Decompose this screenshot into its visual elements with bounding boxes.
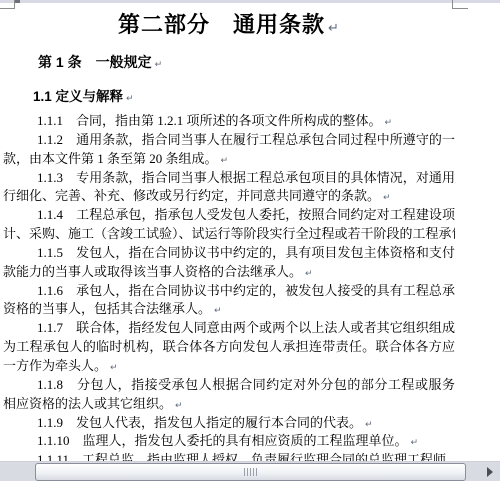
document-line: 1.1.7 联合体，指经发包人同意由两个或两个以上法人或者其它组织组成的，作: [3, 319, 455, 338]
document-line: 款，由本文件第 1 条至第 20 条组成。↵: [3, 150, 455, 169]
margin-crop-mark-top-left: [14, 0, 15, 8]
document-line: 行细化、完善、补充、修改或另行约定，并同意共同遵守的条款。↵: [3, 187, 455, 206]
document-line: 一方作为牵头人。↵: [3, 357, 455, 376]
line-text: 为工程承包人的临时机构，联合体各方向发包人承担连带责任。联合体各方应指定其中: [3, 339, 455, 357]
paragraph-mark-icon: ↵: [305, 269, 313, 279]
sub-heading: 1.1 定义与解释↵: [33, 85, 134, 105]
document-line: 资格的当事人，包括其合法继承人。↵: [3, 300, 455, 319]
paragraph-mark-icon: ↵: [175, 401, 183, 411]
document-body: 1.1.1 合同，指由第 1.2.1 项所述的各项文件所构成的整体。↵1.1.2…: [3, 112, 455, 470]
paragraph-mark-icon: ↵: [385, 118, 393, 128]
scroll-right-button[interactable]: [481, 462, 499, 481]
paragraph-mark-icon: ↵: [155, 60, 163, 70]
margin-crop-mark-top-right: [452, 0, 453, 8]
top-edge-strip: [0, 0, 500, 3]
word-document-view: 第二部分 通用条款↵ 第 1 条 一般规定↵ 1.1 定义与解释↵ 1.1.1 …: [0, 0, 500, 481]
paragraph-mark-icon: ↵: [110, 363, 118, 373]
line-text: 1.1.9 发包人代表，指发包人指定的履行本合同的代表。: [37, 415, 362, 430]
document-line: 1.1.9 发包人代表，指发包人指定的履行本合同的代表。↵: [3, 414, 455, 433]
document-line: 计、采购、施工（含竣工试验）、试运行等阶段实行全过程或若干阶段的工程承包。↵: [3, 225, 455, 244]
document-line: 1.1.5 发包人，指在合同协议书中约定的，具有项目发包主体资格和支付工程价: [3, 244, 455, 263]
scrollbar-thumb[interactable]: [35, 463, 466, 481]
line-text: 1.1.6 承包人，指在合同协议书中约定的，被发包人接受的具有工程总承包主体: [37, 283, 455, 301]
document-line: 1.1.8 分包人，指接受承包人根据合同约定对外分包的部分工程或服务的，具有: [3, 376, 455, 395]
line-text: 1.1.10 监理人，指发包人委托的具有相应资质的工程监理单位。: [37, 433, 408, 448]
line-text: 一方作为牵头人。: [3, 358, 107, 373]
document-line: 1.1.6 承包人，指在合同协议书中约定的，被发包人接受的具有工程总承包主体: [3, 282, 455, 301]
document-title-text: 第二部分 通用条款: [118, 12, 325, 37]
line-text: 1.1.2 通用条款，指合同当事人在履行工程总承包合同过程中所遵守的一般性条: [37, 132, 455, 150]
paragraph-mark-icon: ↵: [221, 156, 229, 166]
scrollbar-grip-icon: [244, 468, 257, 476]
paragraph-mark-icon: ↵: [365, 420, 373, 430]
line-text: 计、采购、施工（含竣工试验）、试运行等阶段实行全过程或若干阶段的工程承包。: [3, 226, 455, 241]
section-heading-text: 第 1 条 一般规定: [38, 54, 152, 70]
paragraph-mark-icon: ↵: [383, 193, 391, 203]
section-heading: 第 1 条 一般规定↵: [38, 52, 162, 72]
scroll-right-icon: [487, 467, 493, 477]
document-line: 相应资格的法人或其它组织。↵: [3, 395, 455, 414]
paragraph-mark-icon: ↵: [126, 94, 134, 104]
paragraph-mark-icon: ↵: [411, 438, 419, 448]
line-text: 行细化、完善、补充、修改或另行约定，并同意共同遵守的条款。: [3, 188, 380, 203]
paragraph-mark-icon: ↵: [328, 21, 340, 36]
paragraph-mark-icon: ↵: [214, 306, 222, 316]
document-line: 1.1.10 监理人，指发包人委托的具有相应资质的工程监理单位。↵: [3, 432, 455, 451]
line-text: 款能力的当事人或取得该当事人资格的合法继承人。: [3, 264, 302, 279]
line-text: 1.1.8 分包人，指接受承包人根据合同约定对外分包的部分工程或服务的，具有: [37, 377, 455, 395]
document-line: 1.1.4 工程总承包，指承包人受发包人委托，按照合同约定对工程建设项目的设: [3, 206, 455, 225]
line-text: 1.1.7 联合体，指经发包人同意由两个或两个以上法人或者其它组织组成的，作: [37, 320, 455, 338]
document-line: 1.1.2 通用条款，指合同当事人在履行工程总承包合同过程中所遵守的一般性条: [3, 131, 455, 150]
line-text: 1.1.1 合同，指由第 1.2.1 项所述的各项文件所构成的整体。: [37, 113, 382, 128]
document-line: 1.1.3 专用条款，指合同当事人根据工程总承包项目的具体情况，对通用条款进: [3, 169, 455, 188]
document-line: 为工程承包人的临时机构，联合体各方向发包人承担连带责任。联合体各方应指定其中: [3, 338, 455, 357]
line-text: 1.1.3 专用条款，指合同当事人根据工程总承包项目的具体情况，对通用条款进: [37, 170, 455, 188]
line-text: 资格的当事人，包括其合法继承人。: [3, 301, 211, 316]
document-line: 1.1.1 合同，指由第 1.2.1 项所述的各项文件所构成的整体。↵: [3, 112, 455, 131]
document-title: 第二部分 通用条款↵: [3, 8, 455, 39]
line-text: 相应资格的法人或其它组织。: [3, 396, 172, 411]
line-text: 款，由本文件第 1 条至第 20 条组成。: [3, 151, 218, 166]
document-line: 款能力的当事人或取得该当事人资格的合法继承人。↵: [3, 263, 455, 282]
sub-heading-text: 1.1 定义与解释: [33, 89, 123, 104]
horizontal-scrollbar[interactable]: [0, 461, 500, 481]
line-text: 1.1.5 发包人，指在合同协议书中约定的，具有项目发包主体资格和支付工程价: [37, 245, 455, 263]
line-text: 1.1.4 工程总承包，指承包人受发包人委托，按照合同约定对工程建设项目的设: [37, 207, 455, 225]
